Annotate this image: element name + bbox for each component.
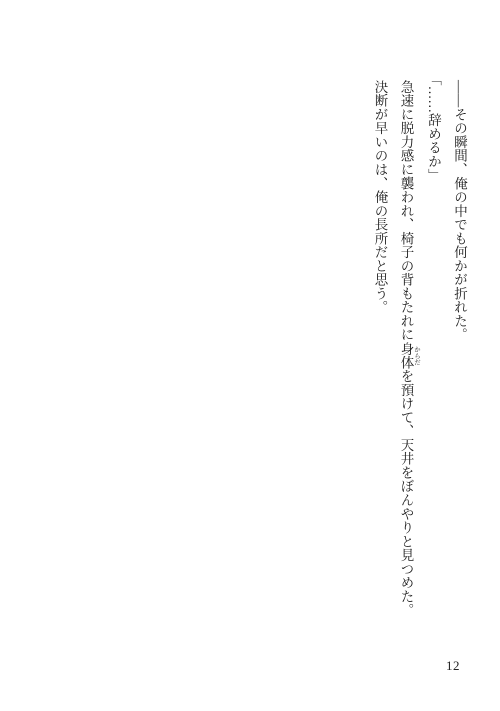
text-run: 決断が早いのは、俺の長所だと思う。 — [373, 80, 388, 314]
text-run: を預けて、天井をぼんやりと見つめた。 — [399, 369, 414, 617]
book-page: ――その瞬間、俺の中でも何かが折れた。「……辞めるか」急速に脱力感に襲われ、椅子… — [0, 0, 500, 711]
text-run: ――その瞬間、俺の中でも何かが折れた。 — [452, 80, 467, 342]
text-run: 「……辞めるか」 — [426, 72, 441, 182]
vertical-text-block: ――その瞬間、俺の中でも何かが折れた。「……辞めるか」急速に脱力感に襲われ、椅子… — [367, 72, 473, 632]
page-number: 12 — [446, 658, 460, 674]
ruby-word: 身体からだ — [399, 342, 414, 370]
text-run: 急速に脱力感に襲われ、椅子の背もたれに — [399, 80, 414, 342]
paragraph-dialogue: 「……辞めるか」 — [420, 72, 446, 632]
paragraph-narrative: ――その瞬間、俺の中でも何かが折れた。 — [446, 72, 472, 632]
paragraph-narrative: 決断が早いのは、俺の長所だと思う。 — [367, 72, 393, 632]
paragraph-narrative: 急速に脱力感に襲われ、椅子の背もたれに身体からだを預けて、天井をぼんやりと見つめ… — [393, 72, 421, 632]
furigana: からだ — [413, 342, 420, 370]
